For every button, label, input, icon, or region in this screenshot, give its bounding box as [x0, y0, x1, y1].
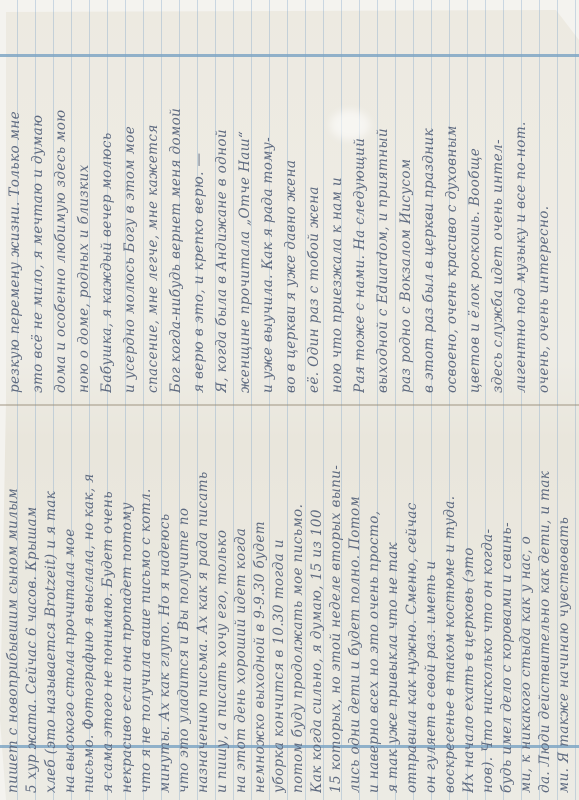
handwritten-line: лигентно под музыку и все по-нот. [510, 18, 533, 393]
handwritten-line: хлеб (это называется Brotzeit) и я так [42, 418, 61, 793]
handwritten-line: дома и особенно любимую здесь мою [50, 18, 73, 393]
handwritten-line: нов). Что нисколько что он когда- [479, 418, 498, 793]
handwritten-line: и пишу, а писать хочу его, только [213, 418, 232, 793]
letter-page-lower: пишет с новоприбывшим сыном милым5 хур ж… [0, 408, 579, 800]
handwritten-line: выходной с Eduardом, и приятный [372, 18, 395, 393]
handwritten-line: 15 которых, но этой неделе вторых выпи- [327, 418, 346, 793]
page-text: резкую перемену жизни. Только мнеэто всё… [0, 8, 579, 403]
handwritten-line: письмо. Фотографию я выслала, но как, я [80, 418, 99, 793]
handwritten-line: отправила как нужно. Сменю, сейчас [403, 418, 422, 793]
handwritten-line: лись одни дети и будет полно. Потом [346, 418, 365, 793]
handwritten-line: ною что приезжала к нам и [326, 18, 349, 393]
handwritten-line: Как когда сильно, я думаю, 15 из 100 [308, 418, 327, 793]
handwritten-line: пишет с новоприбывшим сыном милым [4, 418, 23, 793]
handwritten-line: будь имел дело с коровами и свинь- [498, 418, 517, 793]
handwritten-line: освоено, очень красиво с духовным [441, 18, 464, 393]
handwritten-line: ми. Я также начинаю чувствовать [555, 418, 574, 793]
handwritten-line: раз родно с Вокзалом Иисусом [395, 18, 418, 393]
handwritten-line: Рая тоже с нами. На следующий [349, 18, 372, 393]
letter-page-upper: резкую перемену жизни. Только мнеэто всё… [0, 8, 579, 403]
handwritten-line: и уже выучила. Как я рада тому- [257, 18, 280, 393]
handwritten-line: её. Один раз с тобой жена [303, 18, 326, 393]
handwritten-line: назначению письма. Ах как я рада писать [194, 418, 213, 793]
handwritten-line: потом буду продолжать мое письмо. [289, 418, 308, 793]
handwritten-line: очень, очень интересно. [533, 18, 556, 393]
handwritten-line: цветов и ёлок роскошь. Вообще [464, 18, 487, 393]
handwritten-line: да. Люди действительно как дети, и так [536, 418, 555, 793]
handwritten-line: Их начало ехать в церковь (это [460, 418, 479, 793]
handwritten-line: на этот день хороший идет когда [232, 418, 251, 793]
paper-fold [0, 404, 579, 406]
handwritten-line: на высокого стола прочитала мое [61, 418, 80, 793]
handwritten-line: это всё не мило, я мечтаю и думаю [27, 18, 50, 393]
handwritten-line: женщине прочитала „Отче Наш“ [234, 18, 257, 393]
handwritten-line: и наверно всех но это очень просто, [365, 418, 384, 793]
handwritten-line: он гуляет в свой раз. иметь и [422, 418, 441, 793]
handwritten-line: уборка кончится в 10.30 тогда и [270, 418, 289, 793]
handwritten-line: что я не получила ваше письмо с котл. [137, 418, 156, 793]
handwritten-line: 5 хур жата. Сейчас 6 часов. Крышам [23, 418, 42, 793]
handwritten-line: резкую перемену жизни. Только мне [4, 18, 27, 393]
handwritten-line: я так уже привыкла что не так [384, 418, 403, 793]
handwritten-line: Я, когда была в Андижане в одной [211, 18, 234, 393]
handwritten-line: спасение, мне легче, мне кажется [142, 18, 165, 393]
handwritten-line: что это уладится и Вы получите по [175, 418, 194, 793]
handwritten-line: некрасиво если она пропадет потому [118, 418, 137, 793]
handwritten-line: воскресенье в таком костюме и туда. [441, 418, 460, 793]
handwritten-line: ною о доме, родных и близких [73, 18, 96, 393]
handwritten-line: Бог когда-нибудь вернет меня домой [165, 18, 188, 393]
handwritten-line: и усердно молюсь Богу в этом мое [119, 18, 142, 393]
handwritten-line: во в церкви я уже давно жена [280, 18, 303, 393]
handwritten-line: я верю в это, и крепко верю. — [188, 18, 211, 393]
page-text: пишет с новоприбывшим сыном милым5 хур ж… [0, 408, 579, 800]
handwritten-line: ми, к никакого стыда как у нас, о [517, 418, 536, 793]
handwritten-line: минуты. Ах как глупо. Но я надеюсь [156, 418, 175, 793]
handwritten-line: здесь служба идет очень интел- [487, 18, 510, 393]
handwritten-line: Бабушка, я каждый вечер молюсь [96, 18, 119, 393]
handwritten-line: в этот раз был в церкви праздник [418, 18, 441, 393]
handwritten-line: я сама этого не понимаю. Будет очень [99, 418, 118, 793]
handwritten-line: немножко выходной в 9-9.30 будет [251, 418, 270, 793]
